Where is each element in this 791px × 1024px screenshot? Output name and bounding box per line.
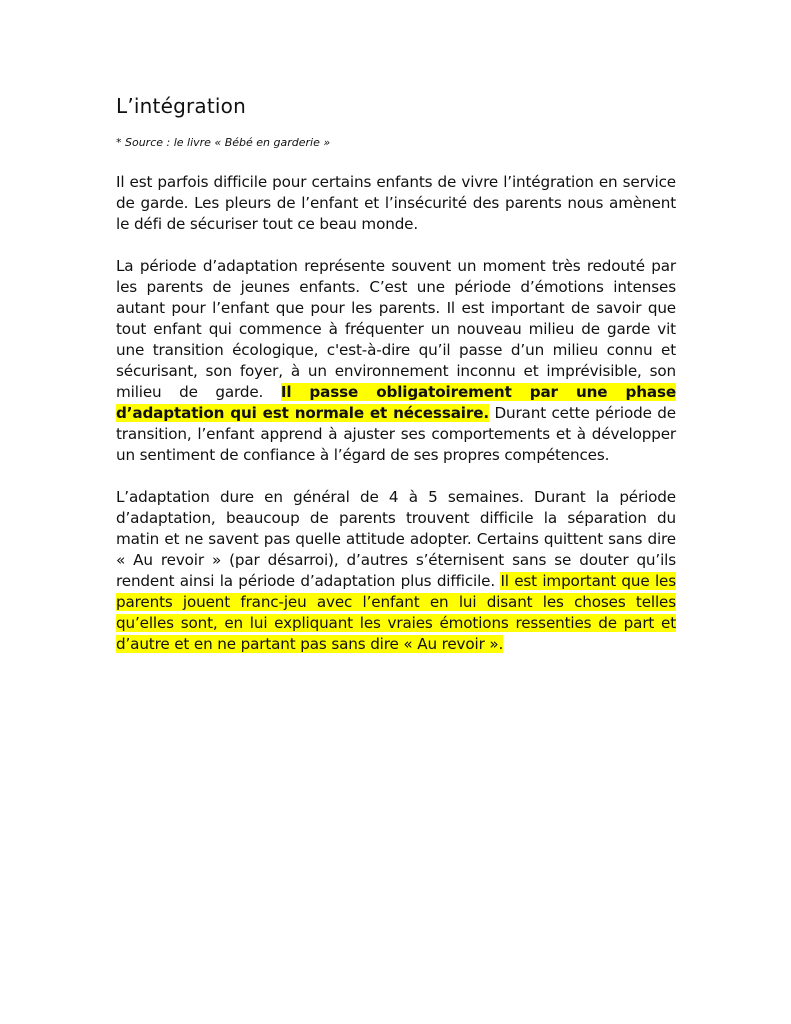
paragraph-2: La période d’adaptation représente souve… bbox=[116, 256, 676, 466]
paragraph-2-text: La période d’adaptation représente souve… bbox=[116, 257, 676, 401]
document-title: L’intégration bbox=[116, 92, 676, 120]
paragraph-1-text: Il est parfois difficile pour certains e… bbox=[116, 173, 676, 233]
paragraph-1: Il est parfois difficile pour certains e… bbox=[116, 172, 676, 235]
paragraph-3: L’adaptation dure en général de 4 à 5 se… bbox=[116, 487, 676, 655]
document-page: L’intégration * Source : le livre « Bébé… bbox=[116, 92, 676, 655]
source-citation: * Source : le livre « Bébé en garderie » bbox=[116, 135, 676, 151]
